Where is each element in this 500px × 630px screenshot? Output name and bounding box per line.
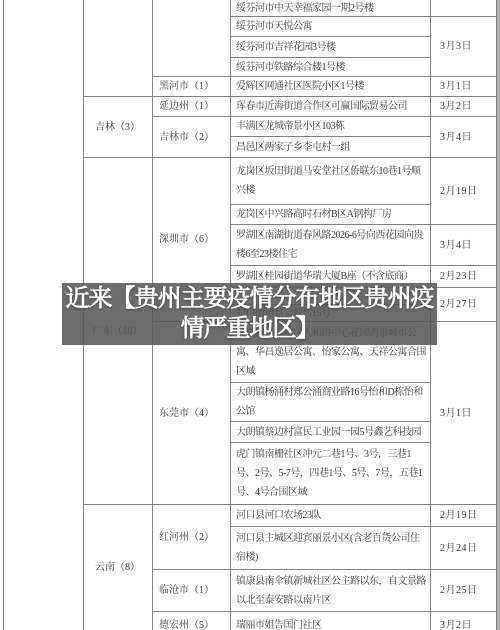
risk-area-table: 吉林（3） 广东（10） 云南（8） 黑河市（1） 延边州（1） 吉林市（2） …: [0, 0, 500, 630]
city-cell: 德宏州（5）: [152, 612, 230, 630]
address-cell: 河口县主城区迎宾丽景小区(含老百货公司住宿楼): [230, 527, 430, 570]
address-cell: 瑞丽市姐告国门社区: [230, 612, 430, 630]
date-cell: 3月2日: [430, 97, 496, 117]
address-cell: 大朗镇蔡边村富民工业园一园5号鑫艺科技园: [230, 422, 430, 443]
city-cell: 吉林市（2）: [152, 117, 230, 158]
date-cell: 3月4日: [430, 117, 496, 158]
address-cell: 绥芬河市铁路综合楼1号楼: [230, 58, 430, 77]
address-cell: 珲春市近海街道合作区可赢国际贸易公司: [230, 97, 430, 117]
address-cell: 绥芬河市吉祥花园3号楼: [230, 37, 430, 58]
province-cell: 吉林（3）: [83, 97, 152, 158]
address-cell: 罗湖区南湖街道春风路2026-6号向西花园向贵楼6至23楼住宅: [230, 225, 430, 266]
date-cell: 3月1日: [430, 322, 496, 505]
date-cell: 3月3日: [430, 17, 496, 77]
address-cell: 爱辉区网通社区医院小区1号楼: [230, 77, 430, 97]
date-cell: [430, 0, 496, 17]
date-cell: 3月1日: [430, 77, 496, 97]
city-cell: [152, 0, 230, 77]
province-cell: [83, 0, 152, 97]
address-cell: 虎门镇南栅社区冲元二巷1号、3号，三巷1号、2号、5-7号，四巷1号、5号、7号…: [230, 443, 430, 505]
city-cell: 临沧市（1）: [152, 570, 230, 612]
date-cell: 2月19日: [430, 158, 496, 225]
city-cell: 黑河市（1）: [152, 77, 230, 97]
city-cell: 东莞市（4）: [152, 322, 230, 505]
date-cell: 2月23日: [430, 266, 496, 288]
address-cell: 昌邑区两家子乡李屯村一组: [230, 137, 430, 158]
date-cell: 3月2日: [430, 612, 496, 630]
overlay-banner: 近来【贵州主要疫情分布地区贵州疫情严重地区】: [62, 283, 437, 345]
date-cell: 2月27日: [430, 288, 496, 322]
address-cell: 绥芬河市中天幸福家园一期2号楼: [230, 0, 430, 17]
address-cell: 镇康县南伞镇新城社区公主路以东，自文景路以北至泰安路以南片区: [230, 570, 430, 612]
date-cell: 2月24日: [430, 527, 496, 570]
date-cell: 2月19日: [430, 505, 496, 527]
city-cell: 红河州（2）: [152, 505, 230, 570]
city-cell: 延边州（1）: [152, 97, 230, 117]
address-cell: 大朗镇杨涌村郑公涌商业路16号怡和D栋怡和公馆: [230, 383, 430, 422]
address-cell: 绥芬河市天悦公寓: [230, 17, 430, 37]
province-cell: 云南（8）: [83, 505, 152, 630]
date-cell: 2月25日: [430, 570, 496, 612]
address-cell: 龙岗区中兴路高时石材B区A钢构厂房: [230, 205, 430, 225]
address-cell: 龙岗区坂田街道马安堂社区侨联东10巷1号顺兴楼: [230, 158, 430, 205]
date-cell: 3月4日: [430, 225, 496, 266]
address-cell: 河口县河口农场23队: [230, 505, 430, 527]
address-cell: 丰满区龙城帝景小区103栋: [230, 117, 430, 137]
overlay-title: 近来【贵州主要疫情分布地区贵州疫情严重地区】: [62, 284, 437, 344]
